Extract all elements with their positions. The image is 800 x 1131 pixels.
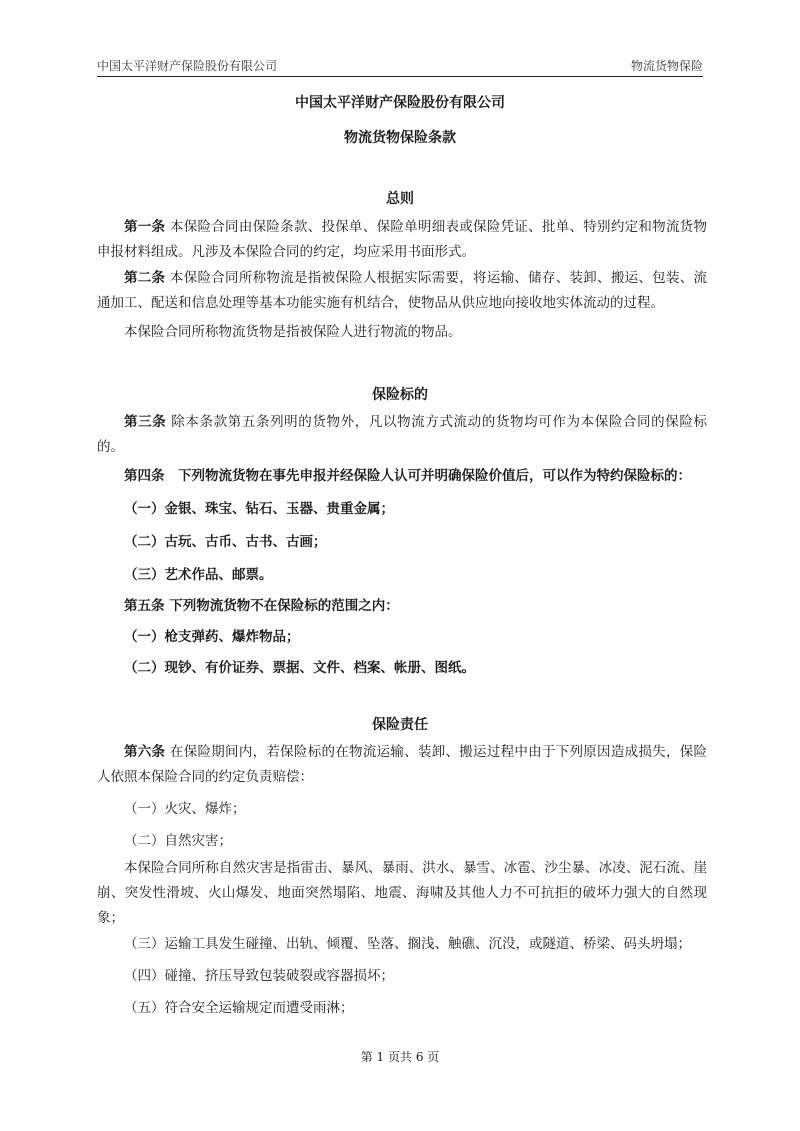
article-2-text: 本保险合同所称物流是指被保险人根据实际需要，将运输、储存、装卸、搬运、包装、流通…: [97, 270, 707, 311]
article-6-label: 第六条: [124, 744, 165, 760]
page-header: 中国太平洋财产保险股份有限公司 物流货物保险: [97, 56, 703, 77]
article-2: 第二条 本保险合同所称物流是指被保险人根据实际需要，将运输、储存、装卸、搬运、包…: [97, 266, 707, 316]
article-6: 第六条 在保险期间内，若保险标的在物流运输、装卸、搬运过程中由于下列原因造成损失…: [97, 740, 707, 790]
article-1: 第一条 本保险合同由保险条款、投保单、保险单明细表或保险凭证、批单、特别约定和物…: [97, 215, 707, 265]
article-2-label: 第二条: [124, 270, 165, 286]
header-company: 中国太平洋财产保险股份有限公司: [97, 57, 277, 74]
page-number: 第 1 页共 6 页: [0, 1048, 800, 1065]
article-6-item: （一）火灾、爆炸；: [124, 797, 246, 817]
section-general: 总则: [0, 188, 800, 208]
article-3-label: 第三条: [124, 414, 166, 430]
article-4-item: （二）古玩、古币、古书、古画；: [124, 530, 327, 550]
article-6-item: （三）运输工具发生碰撞、出轨、倾覆、坠落、搁浅、触礁、沉没，或隧道、桥梁、码头坍…: [124, 932, 691, 952]
article-4-item: （一）金银、珠宝、钻石、玉器、贵重金属；: [124, 497, 394, 517]
article-5-item: （二）现钞、有价证券、票据、文件、档案、帐册、图纸。: [124, 656, 475, 676]
article-5-item: （一）枪支弹药、爆炸物品；: [124, 625, 300, 645]
document-title: 物流货物保险条款: [0, 127, 800, 147]
article-1-text: 本保险合同由保险条款、投保单、保险单明细表或保险凭证、批单、特别约定和物流货物申…: [97, 219, 707, 260]
article-6-text: 在保险期间内，若保险标的在物流运输、装卸、搬运过程中由于下列原因造成损失，保险人…: [97, 744, 707, 785]
article-4-item: （三）艺术作品、邮票。: [124, 563, 273, 583]
article-5: 第五条 下列物流货物不在保险标的范围之内：: [124, 594, 399, 614]
article-3-text: 除本条款第五条列明的货物外，凡以物流方式流动的货物均可作为本保险合同的保险标的。: [97, 414, 707, 455]
natural-disaster-definition: 本保险合同所称自然灾害是指雷击、暴风、暴雨、洪水、暴雪、冰雹、沙尘暴、冰凌、泥石…: [97, 856, 707, 931]
company-title: 中国太平洋财产保险股份有限公司: [0, 92, 800, 112]
article-4: 第四条 下列物流货物在事先申报并经保险人认可并明确保险价值后，可以作为特约保险标…: [124, 464, 691, 484]
article-3: 第三条 除本条款第五条列明的货物外，凡以物流方式流动的货物均可作为本保险合同的保…: [97, 410, 707, 460]
article-6-item: （二）自然灾害；: [124, 829, 232, 849]
article-1-label: 第一条: [124, 219, 165, 235]
section-liability: 保险责任: [0, 714, 800, 734]
section-subject: 保险标的: [0, 384, 800, 404]
article-6-item: （五）符合安全运输规定而遭受雨淋；: [124, 996, 354, 1016]
article-2-definition: 本保险合同所称物流货物是指被保险人进行物流的物品。: [97, 320, 707, 345]
header-doc-type: 物流货物保险: [631, 57, 703, 74]
article-6-item: （四）碰撞、挤压导致包装破裂或容器损坏；: [124, 964, 394, 984]
